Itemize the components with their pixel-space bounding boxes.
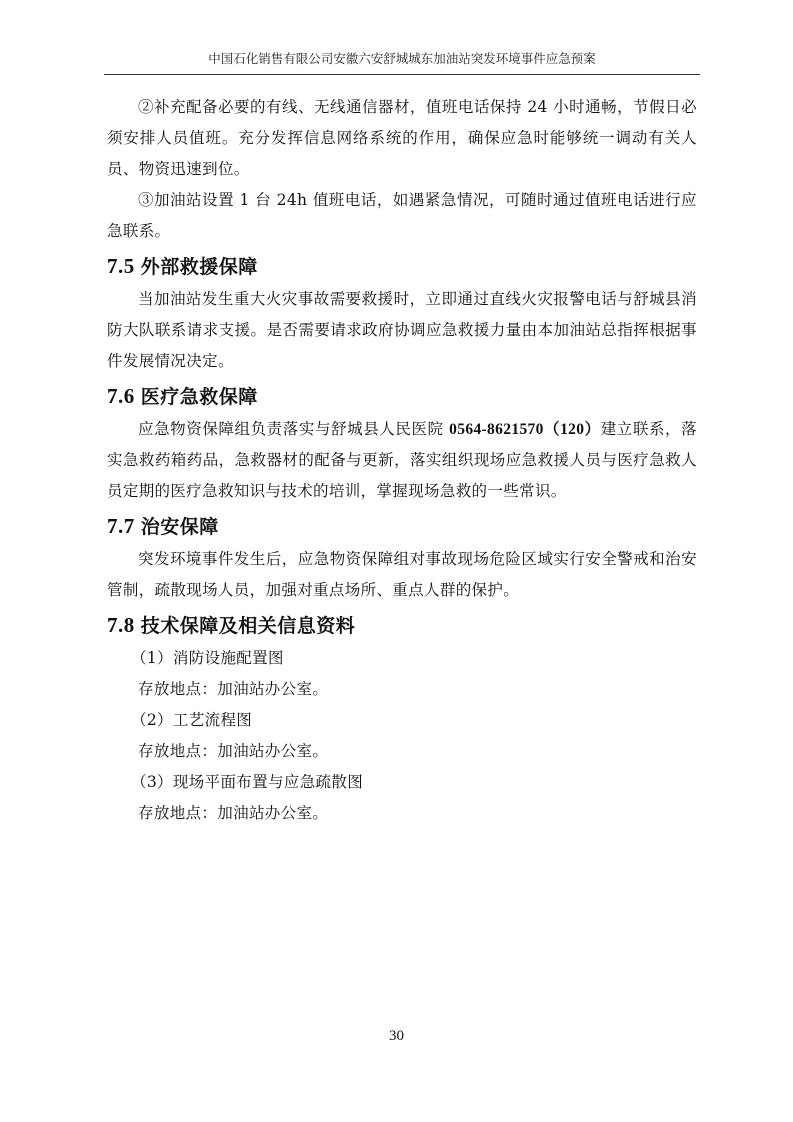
section-number: 7.5 [107, 254, 135, 278]
list-item-location: 存放地点：加油站办公室。 [107, 674, 697, 705]
section-number: 7.6 [107, 384, 135, 408]
header-title: 中国石化销售有限公司安徽六安舒城城东加油站突发环境事件应急预案 [208, 51, 596, 66]
section-heading-7-5: 7.5外部救援保障 [107, 249, 697, 284]
list-item-label: （1）消防设施配置图 [107, 643, 697, 674]
page-number: 30 [0, 1028, 793, 1045]
list-item-label: （3）现场平面布置与应急疏散图 [107, 767, 697, 798]
section-heading-7-6: 7.6医疗急救保障 [107, 379, 697, 414]
paragraph-communication: ②补充配备必要的有线、无线通信器材，值班电话保持 24 小时通畅，节假日必须安排… [107, 92, 697, 185]
body-text: 应急物资保障组负责落实与舒城县人民医院 [138, 420, 449, 438]
section-body-7-6: 应急物资保障组负责落实与舒城县人民医院 0564-8621570（120）建立联… [107, 414, 697, 507]
section-body-7-7: 突发环境事件发生后，应急物资保障组对事故现场危险区域实行安全警戒和治安管制，疏散… [107, 544, 697, 606]
section-heading-7-8: 7.8技术保障及相关信息资料 [107, 608, 697, 643]
hospital-phone: 0564-8621570（120） [449, 421, 601, 438]
section-title: 外部救援保障 [141, 256, 258, 278]
section-title: 医疗急救保障 [141, 386, 258, 408]
list-item-location: 存放地点：加油站办公室。 [107, 736, 697, 767]
page-header: 中国石化销售有限公司安徽六安舒城城东加油站突发环境事件应急预案 [104, 50, 700, 75]
section-title: 治安保障 [141, 516, 219, 538]
page-content: ②补充配备必要的有线、无线通信器材，值班电话保持 24 小时通畅，节假日必须安排… [107, 92, 697, 829]
section-number: 7.8 [107, 613, 135, 637]
paragraph-duty-phone: ③加油站设置 1 台 24h 值班电话，如遇紧急情况，可随时通过值班电话进行应急… [107, 185, 697, 247]
list-item-location: 存放地点：加油站办公室。 [107, 798, 697, 829]
section-body-7-5: 当加油站发生重大火灾事故需要救援时，立即通过直线火灾报警电话与舒城县消防大队联系… [107, 284, 697, 377]
list-item-label: （2）工艺流程图 [107, 705, 697, 736]
section-heading-7-7: 7.7治安保障 [107, 509, 697, 544]
section-title: 技术保障及相关信息资料 [141, 615, 356, 637]
section-number: 7.7 [107, 514, 135, 538]
